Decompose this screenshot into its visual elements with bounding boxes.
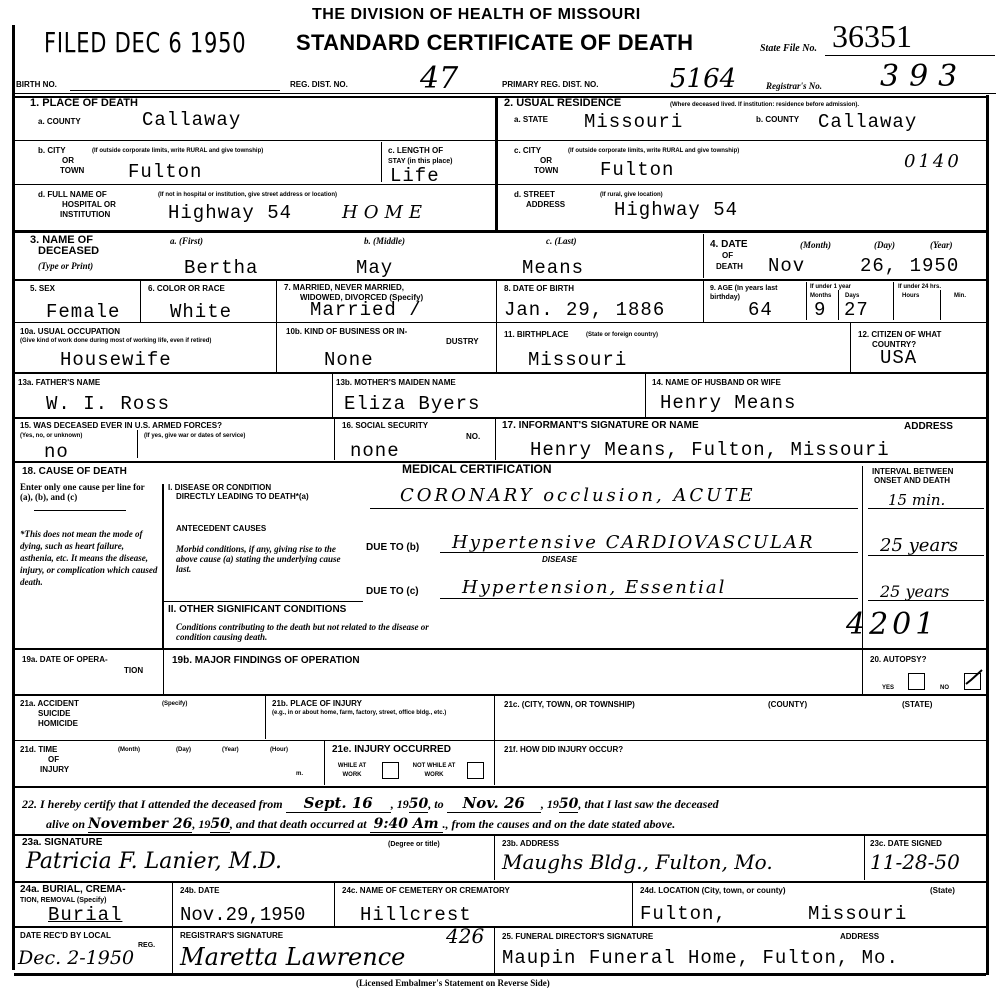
hospital-value-handwritten: HOME — [342, 203, 428, 223]
autopsy-yes-label: YES — [882, 684, 894, 693]
occupation-value: Housewife — [60, 350, 172, 370]
col-divider — [893, 282, 894, 320]
deceased-name-label-3: (Type or Print) — [38, 261, 93, 271]
last-name-value: Means — [522, 258, 584, 278]
cause-of-death-label: 18. CAUSE OF DEATH — [22, 467, 127, 476]
mother-name-value: Eliza Byers — [344, 394, 480, 414]
res-city-label: c. CITY — [514, 146, 541, 155]
business-value: None — [324, 350, 374, 370]
citizenship-label: 12. CITIZEN OF WHAT — [858, 330, 941, 339]
operation-date-label-2: TION — [124, 666, 143, 675]
accident-label-3: HOMICIDE — [38, 719, 78, 728]
birthplace-value: Missouri — [528, 350, 627, 370]
cause-footnote: *This does not mean the mode of dying, s… — [20, 528, 158, 588]
row-divider — [14, 372, 986, 374]
burial-date-label: 24b. DATE — [180, 886, 219, 895]
col-divider — [334, 418, 335, 460]
death-day-label: (Day) — [874, 240, 895, 250]
spouse-name-label: 14. NAME OF HUSBAND OR WIFE — [652, 378, 781, 387]
registrars-number: 393 — [880, 62, 967, 92]
header-rule-2 — [14, 96, 986, 98]
state-file-underline — [825, 55, 995, 56]
signature-label: 23a. SIGNATURE — [22, 838, 102, 847]
row-divider — [14, 184, 495, 185]
armed-forces-sub1: (Yes, no, or unknown) — [20, 432, 82, 441]
cert-text: , and that death occurred at — [230, 817, 367, 831]
col-divider — [140, 280, 141, 322]
first-name-value: Bertha — [184, 258, 258, 278]
occupation-label: 10a. USUAL OCCUPATION — [20, 327, 120, 336]
cert-text: , 19 — [541, 797, 559, 811]
burial-location-state: Missouri — [808, 904, 907, 924]
cause-c-line — [440, 598, 858, 599]
date-received-label: DATE REC'D BY LOCAL — [20, 931, 111, 940]
cert-from-year: 50 — [409, 796, 428, 813]
cert-text: alive on — [46, 817, 85, 831]
race-value: White — [170, 302, 232, 322]
usual-residence-label: 2. USUAL RESIDENCE — [504, 98, 621, 109]
col-divider — [162, 484, 164, 648]
place-of-injury-label: 21b. PLACE OF INJURY — [272, 699, 362, 708]
row-divider — [14, 834, 986, 836]
col-divider — [172, 927, 173, 973]
cemetery-value: Hillcrest — [360, 905, 472, 925]
registrars-no-label: Registrar's No. — [766, 81, 822, 91]
col-divider — [494, 927, 495, 973]
business-label: 10b. KIND OF BUSINESS OR IN- — [286, 327, 407, 336]
date-received-value: Dec. 2-1950 — [18, 948, 134, 968]
res-street-label-2: ADDRESS — [526, 200, 565, 209]
other-conditions-label: II. OTHER SIGNIFICANT CONDITIONS — [168, 605, 346, 614]
certification-line-1: 22. I hereby certify that I attended the… — [22, 793, 719, 814]
filed-stamp: FILED DEC 6 1950 — [44, 26, 246, 59]
ssn-value: none — [350, 441, 400, 461]
place-of-injury-note: (e.g., in or about home, farm, factory, … — [272, 709, 492, 718]
hours-label: Hours — [902, 292, 919, 301]
burial-location-label: 24d. LOCATION (City, town, or county) — [640, 886, 785, 895]
physician-address-label: 23b. ADDRESS — [502, 839, 559, 848]
res-county-value: Callaway — [818, 112, 917, 132]
interval-c-value: 25 years — [880, 582, 949, 602]
res-state-value: Missouri — [584, 112, 683, 132]
autopsy-label: 20. AUTOPSY? — [870, 655, 926, 664]
col-divider — [324, 741, 325, 785]
burial-type-value: Burial — [48, 905, 122, 925]
res-street-label: d. STREET — [514, 190, 555, 199]
col-divider — [632, 882, 633, 926]
under-1-year-label: If under 1 year — [810, 283, 851, 292]
row-divider — [163, 601, 363, 602]
cause-b-line2: DISEASE — [542, 555, 577, 564]
death-month-value: Nov — [768, 256, 805, 276]
medical-certification-title: MEDICAL CERTIFICATION — [402, 464, 552, 475]
cause-instruction: Enter only one cause per line for (a), (… — [20, 482, 158, 502]
father-name-label: 13a. FATHER'S NAME — [18, 378, 100, 387]
occupation-note: (Give kind of work done during most of w… — [20, 337, 270, 346]
res-city-label-or: OR — [540, 156, 552, 165]
col-divider — [494, 835, 495, 880]
col-divider — [496, 280, 497, 322]
injury-county-label: (COUNTY) — [768, 700, 807, 709]
row-divider — [14, 740, 986, 741]
degree-label: (Degree or title) — [388, 840, 440, 849]
interval-a-value: 15 min. — [888, 490, 945, 510]
sex-value: Female — [46, 302, 120, 322]
row-divider — [14, 786, 986, 788]
autopsy-no-checkbox[interactable] — [964, 673, 981, 690]
row-divider — [14, 140, 495, 141]
burial-location-city: Fulton, — [640, 904, 727, 924]
hospital-note: (If not in hospital or institution, give… — [158, 191, 337, 200]
cert-text: , to — [428, 797, 443, 811]
cause-a-line — [370, 508, 858, 509]
how-injury-occurred-label: 21f. HOW DID INJURY OCCUR? — [504, 745, 623, 754]
divider-short — [34, 510, 126, 511]
col-divider — [862, 649, 863, 694]
registrar-signature-value: Maretta Lawrence — [180, 944, 405, 970]
col-divider — [496, 322, 497, 372]
race-label: 6. COLOR OR RACE — [148, 284, 225, 293]
min-label: Min. — [954, 292, 966, 301]
death-county-value: Callaway — [142, 110, 241, 130]
hospital-value: Highway 54 — [168, 203, 292, 223]
ssn-label-2: NO. — [466, 432, 480, 441]
due-to-b-label: DUE TO (b) — [366, 543, 419, 552]
interval-label-2: ONSET AND DEATH — [874, 476, 950, 485]
reg-dist-number: 47 — [420, 64, 458, 94]
cause-b-value: Hypertensive CARDIOVASCULAR — [452, 533, 815, 553]
header-rule — [14, 93, 996, 94]
armed-forces-sub2: (If yes, give war or dates of service) — [144, 432, 245, 441]
date-received-label-2: REG. — [138, 941, 155, 950]
physician-signature: Patricia F. Lanier, M.D. — [26, 850, 282, 874]
injury-city-label: 21c. (CITY, TOWN, OR TOWNSHIP) — [504, 700, 635, 709]
interval-b-value: 25 years — [880, 536, 958, 556]
col-divider — [137, 430, 138, 458]
burial-location-state-label: (State) — [930, 886, 955, 895]
place-of-death-label: 1. PLACE OF DEATH — [30, 98, 138, 109]
date-of-death-label: 4. DATE — [710, 240, 748, 249]
registrar-number: 426 — [446, 926, 484, 946]
business-label-2: DUSTRY — [446, 337, 479, 346]
interval-label: INTERVAL BETWEEN — [872, 467, 953, 476]
state-file-number: 36351 — [832, 18, 912, 55]
usual-residence-note: (Where deceased lived. If institution: r… — [670, 100, 988, 110]
physician-address-value: Maughs Bldg., Fulton, Mo. — [502, 852, 773, 872]
not-while-at-work-label: NOT WHILE AT WORK — [406, 762, 462, 780]
col-divider — [265, 695, 266, 739]
ssn-label: 16. SOCIAL SECURITY — [342, 421, 428, 430]
frame-left-border — [12, 25, 15, 970]
col-divider — [703, 234, 704, 278]
frame-right-border — [986, 95, 989, 975]
other-conditions-note: Conditions contributing to the death but… — [176, 622, 436, 642]
death-city-label-town: TOWN — [60, 166, 84, 175]
death-month-label: (Month) — [800, 240, 831, 250]
deceased-name-label-2: DECEASED — [38, 246, 99, 257]
operation-date-label: 19a. DATE OF OPERA- — [22, 655, 108, 664]
injury-time-label-3: INJURY — [40, 765, 69, 774]
registrar-signature-label: REGISTRAR'S SIGNATURE — [180, 931, 283, 940]
length-of-stay-value: Life — [390, 166, 440, 186]
last-name-label: c. (Last) — [546, 236, 577, 246]
document-agency: THE DIVISION OF HEALTH OF MISSOURI — [312, 6, 641, 24]
accident-label: 21a. ACCIDENT — [20, 699, 79, 708]
res-city-note: (If outside corporate limits, write RURA… — [568, 147, 739, 156]
birthplace-note: (State or foreign country) — [586, 331, 658, 340]
section-divider — [14, 230, 986, 233]
cert-to-date: Nov. 26 — [447, 794, 541, 813]
cause-b-line — [440, 552, 858, 553]
primary-reg-dist-label: PRIMARY REG. DIST. NO. — [502, 80, 598, 89]
accident-specify-label: (Specify) — [162, 700, 187, 709]
first-name-label: a. (First) — [170, 236, 203, 246]
interval-c-line — [868, 600, 984, 601]
citizenship-value: USA — [880, 348, 917, 368]
death-city-value: Fulton — [128, 162, 202, 182]
sex-label: 5. SEX — [30, 284, 55, 293]
informant-label: 17. INFORMANT'S SIGNATURE OR NAME — [502, 421, 699, 430]
father-name-value: W. I. Ross — [46, 394, 170, 414]
autopsy-no-label: NO — [940, 684, 949, 693]
cert-text: , that I last saw the deceased — [578, 797, 718, 811]
col-divider — [495, 418, 496, 460]
cert-text: , 19 — [192, 817, 210, 831]
disease-label-2: DIRECTLY LEADING TO DEATH*(a) — [176, 492, 309, 501]
mother-name-label: 13b. MOTHER'S MAIDEN NAME — [336, 378, 456, 387]
middle-name-value: May — [356, 258, 393, 278]
cert-from-date: Sept. 16 — [286, 794, 391, 813]
row-divider — [14, 881, 986, 883]
hospital-label: d. FULL NAME OF — [38, 190, 107, 199]
funeral-director-label: 25. FUNERAL DIRECTOR'S SIGNATURE — [502, 932, 653, 941]
injury-time-label: 21d. TIME — [20, 745, 57, 754]
burial-date-value: Nov.29,1950 — [180, 905, 305, 925]
date-of-death-label-3: DEATH — [716, 262, 743, 271]
middle-name-label: b. (Middle) — [364, 236, 405, 246]
col-divider — [334, 882, 335, 926]
injury-hour-label: (Hour) — [270, 746, 288, 755]
cert-text: , 19 — [391, 797, 409, 811]
cert-last-seen-year: 50 — [210, 816, 229, 833]
col-divider — [940, 290, 941, 320]
birth-no-label: BIRTH NO. — [16, 80, 57, 89]
col-divider — [806, 282, 807, 320]
date-signed-value: 11-28-50 — [870, 852, 960, 872]
injury-time-label-2: OF — [48, 755, 59, 764]
row-divider — [14, 322, 986, 323]
row-divider — [497, 184, 986, 185]
antecedent-note: Morbid conditions, if any, giving rise t… — [176, 544, 356, 574]
col-divider — [864, 835, 865, 880]
funeral-director-value: Maupin Funeral Home, Fulton, Mo. — [502, 948, 899, 968]
under-24-hrs-label: If under 24 hrs. — [898, 283, 941, 292]
armed-forces-value: no — [44, 442, 69, 462]
date-of-death-label-2: OF — [722, 251, 733, 260]
cause-a-value: CORONARY occlusion, ACUTE — [400, 486, 756, 506]
cause-code: 4201 — [846, 610, 938, 640]
age-months-value: 9 — [814, 300, 826, 320]
autopsy-yes-checkbox[interactable] — [908, 673, 925, 690]
certification-line-2: alive on November 26, 1950, and that dea… — [46, 814, 675, 834]
primary-reg-dist-number: 5164 — [670, 66, 736, 92]
informant-address-label: ADDRESS — [904, 422, 953, 431]
col-divider — [163, 649, 164, 694]
death-city-label-or: OR — [62, 156, 74, 165]
bottom-rule — [14, 973, 986, 976]
birth-no-line — [70, 90, 280, 91]
cert-text: ., from the causes and on the date state… — [443, 817, 676, 831]
not-while-at-work-checkbox[interactable] — [467, 762, 484, 779]
col-divider — [703, 280, 704, 322]
res-city-value: Fulton — [600, 160, 674, 180]
injury-year-label: (Year) — [222, 746, 239, 755]
checkmark-icon — [963, 668, 983, 688]
cert-death-time: 9:40 Am — [370, 816, 443, 833]
cert-last-seen: November 26 — [88, 816, 192, 833]
death-day-year-value: 26, 1950 — [860, 256, 959, 276]
col-divider — [276, 280, 277, 374]
armed-forces-label: 15. WAS DECEASED EVER IN U.S. ARMED FORC… — [20, 421, 222, 430]
operation-findings-label: 19b. MAJOR FINDINGS OF OPERATION — [172, 656, 360, 665]
cert-to-year: 50 — [559, 796, 578, 813]
informant-value: Henry Means, Fulton, Missouri — [530, 440, 890, 460]
row-divider — [14, 648, 986, 650]
marital-status-label: 7. MARRIED, NEVER MARRIED, — [284, 283, 404, 292]
res-street-value: Highway 54 — [614, 200, 738, 220]
col-divider — [850, 322, 851, 372]
col-divider — [838, 290, 839, 320]
burial-type-label: 24a. BURIAL, CREMA- — [20, 885, 126, 894]
row-divider — [497, 140, 986, 141]
reg-dist-label: REG. DIST. NO. — [290, 80, 348, 89]
document-title: STANDARD CERTIFICATE OF DEATH — [296, 30, 693, 56]
length-of-stay-label: c. LENGTH OF — [388, 146, 443, 155]
injury-occurred-label: 21e. INJURY OCCURRED — [332, 745, 451, 754]
col-divider — [381, 142, 382, 182]
death-county-label: a. COUNTY — [38, 117, 81, 126]
date-signed-label: 23c. DATE SIGNED — [870, 839, 942, 848]
spouse-name-value: Henry Means — [660, 393, 796, 413]
col-divider — [332, 373, 333, 417]
accident-label-2: SUICIDE — [38, 709, 70, 718]
injury-day-label: (Day) — [176, 746, 191, 755]
col-divider-1-2 — [495, 96, 498, 230]
age-years-value: 64 — [748, 300, 773, 320]
row-divider — [14, 417, 986, 419]
interval-b-line — [868, 555, 984, 556]
injury-m-label: m. — [296, 770, 303, 779]
death-city-label: b. CITY — [38, 146, 66, 155]
res-state-label: a. STATE — [514, 115, 548, 124]
footer-note: (Licensed Embalmer's Statement on Revers… — [356, 978, 550, 988]
dob-value: Jan. 29, 1886 — [504, 300, 665, 320]
antecedent-label: ANTECEDENT CAUSES — [176, 524, 266, 533]
while-at-work-label: WHILE AT WORK — [330, 762, 374, 780]
cause-c-value: Hypertension, Essential — [462, 578, 726, 598]
death-city-note: (If outside corporate limits, write RURA… — [92, 147, 382, 156]
funeral-address-label: ADDRESS — [840, 932, 879, 941]
col-divider — [645, 373, 646, 417]
marital-status-value: Married / — [310, 300, 422, 320]
row-divider — [14, 694, 986, 696]
res-county-label: b. COUNTY — [756, 115, 799, 124]
age-days-value: 27 — [844, 300, 869, 320]
while-at-work-checkbox[interactable] — [382, 762, 399, 779]
birthplace-label: 11. BIRTHPLACE — [504, 330, 568, 339]
injury-state-label: (STATE) — [902, 700, 932, 709]
disease-label: I. DISEASE OR CONDITION — [168, 483, 271, 492]
cert-text: 22. I hereby certify that I attended the… — [22, 797, 283, 811]
state-file-label: State File No. — [760, 43, 817, 54]
res-city-label-town: TOWN — [534, 166, 558, 175]
hospital-label-3: INSTITUTION — [60, 210, 110, 219]
death-year-label: (Year) — [930, 240, 953, 250]
hospital-label-2: HOSPITAL OR — [62, 200, 116, 209]
res-city-code: 0140 — [904, 152, 962, 172]
cemetery-label: 24c. NAME OF CEMETERY OR CREMATORY — [342, 886, 510, 895]
row-divider — [14, 279, 986, 281]
injury-month-label: (Month) — [118, 746, 140, 755]
col-divider — [172, 882, 173, 926]
due-to-c-label: DUE TO (c) — [366, 587, 419, 596]
row-divider — [14, 926, 986, 928]
dob-label: 8. DATE OF BIRTH — [504, 284, 574, 293]
interval-a-line — [868, 508, 984, 509]
